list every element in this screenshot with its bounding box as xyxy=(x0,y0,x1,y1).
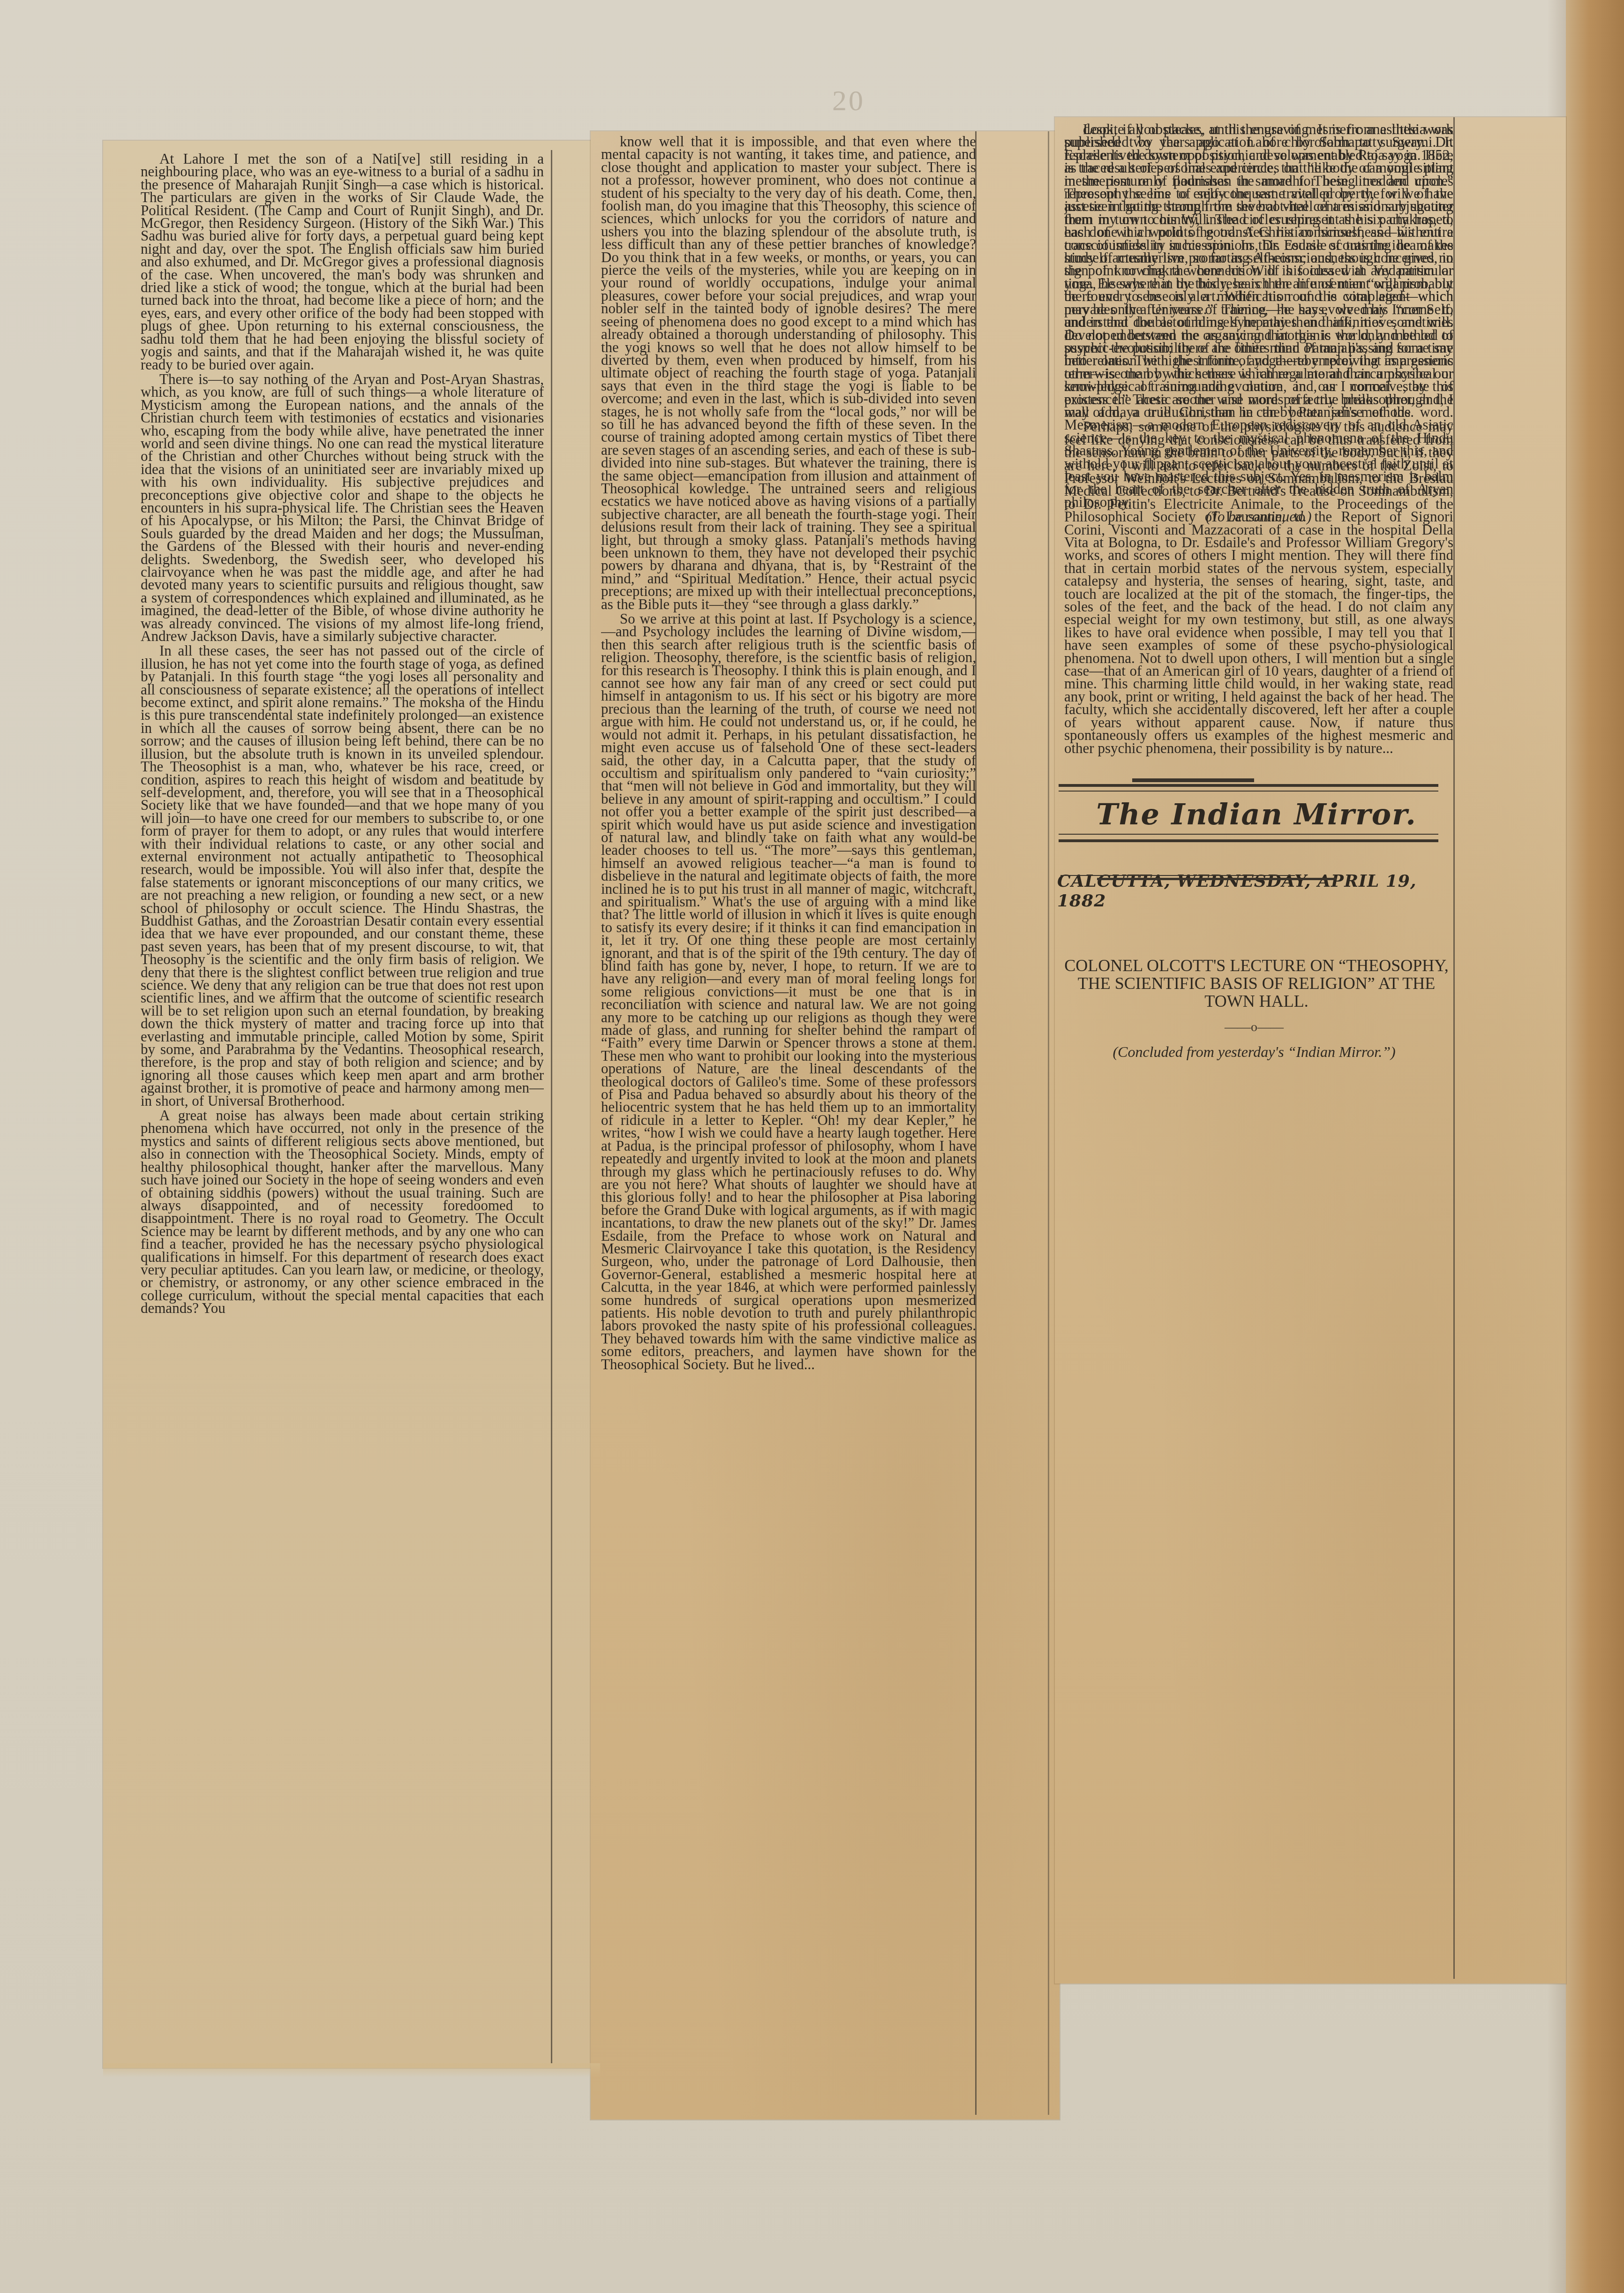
rule-bar xyxy=(1059,784,1438,787)
masthead-dateline: CALCUTTA, WEDNESDAY, APRIL 19, 1882 xyxy=(1057,871,1446,911)
newspaper-column-1: At Lahore I met the son of a Nati[ve] st… xyxy=(103,141,591,2068)
mount-board-edge xyxy=(1566,0,1624,2293)
column-1-text: At Lahore I met the son of a Nati[ve] st… xyxy=(141,152,544,2056)
column-rule xyxy=(551,150,552,2063)
rule-bar xyxy=(1132,778,1254,782)
paragraph: Perhaps, some one of the physiologists i… xyxy=(1064,420,1453,754)
rule-bar xyxy=(1059,839,1438,842)
paragraph: At Lahore I met the son of a Nati[ve] st… xyxy=(141,152,544,371)
column-rule xyxy=(1048,131,1049,2115)
column-2-text: know well that it is impossible, and tha… xyxy=(601,135,976,2114)
torn-edge xyxy=(103,2063,600,2077)
rule-bar xyxy=(1060,875,1295,876)
masthead-title: The Indian Mirror. xyxy=(1055,797,1458,831)
ornament-divider: ——o—— xyxy=(1200,1020,1308,1035)
article-intro-note: (Concluded from yesterday's “Indian Mirr… xyxy=(1062,1043,1446,1061)
paragraph: Look, if you please, at this engraving. … xyxy=(1064,123,1453,418)
rule-bar xyxy=(1059,834,1438,835)
column-rule xyxy=(975,131,977,2115)
column-rule xyxy=(1453,117,1455,1979)
paragraph: So we arrive at this point at last. If P… xyxy=(601,612,976,1371)
rule-bar xyxy=(1097,878,1336,880)
newspaper-column-2: know well that it is impossible, and tha… xyxy=(591,131,1060,2120)
page-number: 20 xyxy=(832,84,865,118)
paragraph: A great noise has always been made about… xyxy=(141,1109,544,1315)
rule-bar xyxy=(1059,791,1438,792)
paragraph: There is—to say nothing of the Aryan and… xyxy=(141,373,544,643)
paragraph: know well that it is impossible, and tha… xyxy=(601,135,976,611)
article-headline: COLONEL OLCOTT'S LECTURE ON “THEOSOPHY, … xyxy=(1062,957,1451,1010)
paragraph: In all these cases, the seer has not pas… xyxy=(141,644,544,1107)
